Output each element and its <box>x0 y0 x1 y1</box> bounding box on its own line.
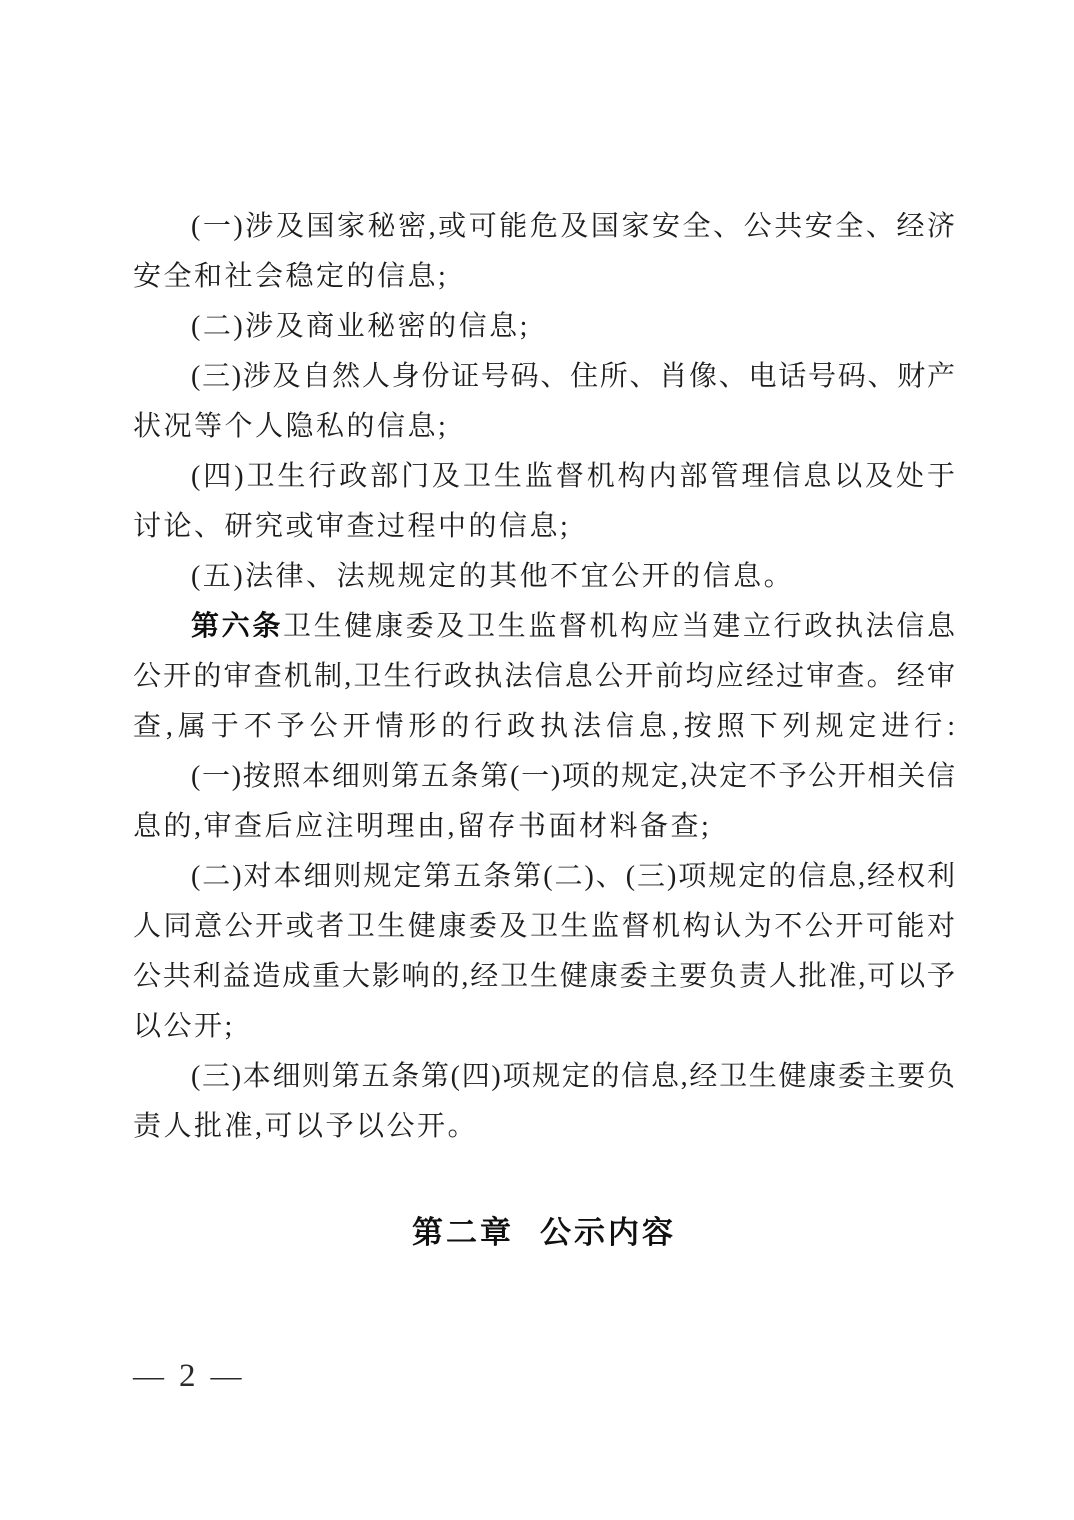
text-line: 讨论、研究或审查过程中的信息; <box>133 502 955 552</box>
text-line: 人同意公开或者卫生健康委及卫生监督机构认为不公开可能对 <box>133 902 955 952</box>
text-line: (三)涉及自然人身份证号码、住所、肖像、电话号码、财产 <box>133 352 955 402</box>
page-footer: —2— <box>133 1352 242 1400</box>
text-line: (一)涉及国家秘密,或可能危及国家安全、公共安全、经济 <box>133 202 955 252</box>
line-text: 人同意公开或者卫生健康委及卫生监督机构认为不公开可能对 <box>133 911 955 942</box>
line-text: 公共利益造成重大影响的,经卫生健康委主要负责人批准,可以予 <box>133 961 955 992</box>
line-text: 息的,审查后应注明理由,留存书面材料备查; <box>133 811 711 842</box>
line-text: 状况等个人隐私的信息; <box>133 411 448 442</box>
text-line: 安全和社会稳定的信息; <box>133 252 955 302</box>
footer-dash-right-icon: — <box>211 1358 242 1393</box>
line-text: 责人批准,可以予以公开。 <box>133 1111 478 1142</box>
text-line: 第六条卫生健康委及卫生监督机构应当建立行政执法信息 <box>133 602 955 652</box>
footer-dash-left-icon: — <box>133 1358 164 1393</box>
document-page: (一)涉及国家秘密,或可能危及国家安全、公共安全、经济安全和社会稳定的信息;(二… <box>0 0 1074 1520</box>
text-line: (二)对本细则规定第五条第(二)、(三)项规定的信息,经权利 <box>133 852 955 902</box>
line-text: (二)对本细则规定第五条第(二)、(三)项规定的信息,经权利 <box>191 861 955 892</box>
line-text: (三)本细则第五条第(四)项规定的信息,经卫生健康委主要负 <box>191 1061 955 1092</box>
chapter-heading: 第二章公示内容 <box>133 1208 955 1258</box>
document-body: (一)涉及国家秘密,或可能危及国家安全、公共安全、经济安全和社会稳定的信息;(二… <box>133 202 955 1258</box>
text-line: 息的,审查后应注明理由,留存书面材料备查; <box>133 802 955 852</box>
line-text: 讨论、研究或审查过程中的信息; <box>133 511 570 542</box>
line-bold-prefix: 第六条 <box>191 611 283 642</box>
line-text: 卫生健康委及卫生监督机构应当建立行政执法信息 <box>283 611 955 642</box>
chapter-number: 第二章 <box>412 1215 514 1250</box>
text-line: (一)按照本细则第五条第(一)项的规定,决定不予公开相关信 <box>133 752 955 802</box>
line-text: 公开的审查机制,卫生行政执法信息公开前均应经过审查。经审 <box>133 661 955 692</box>
text-line: 以公开; <box>133 1002 955 1052</box>
text-line: 公共利益造成重大影响的,经卫生健康委主要负责人批准,可以予 <box>133 952 955 1002</box>
text-line: (五)法律、法规规定的其他不宜公开的信息。 <box>133 552 955 602</box>
text-line: 状况等个人隐私的信息; <box>133 402 955 452</box>
line-text: 安全和社会稳定的信息; <box>133 261 448 292</box>
line-text: (三)涉及自然人身份证号码、住所、肖像、电话号码、财产 <box>191 361 955 392</box>
chapter-title: 公示内容 <box>540 1215 676 1250</box>
text-line: 责人批准,可以予以公开。 <box>133 1102 955 1152</box>
text-line: (四)卫生行政部门及卫生监督机构内部管理信息以及处于 <box>133 452 955 502</box>
line-text: 以公开; <box>133 1011 235 1042</box>
body-lines: (一)涉及国家秘密,或可能危及国家安全、公共安全、经济安全和社会稳定的信息;(二… <box>133 202 955 1152</box>
line-text: (四)卫生行政部门及卫生监督机构内部管理信息以及处于 <box>191 461 955 492</box>
line-text: (五)法律、法规规定的其他不宜公开的信息。 <box>191 561 794 592</box>
line-text: (二)涉及商业秘密的信息; <box>191 311 530 342</box>
text-line: 查,属于不予公开情形的行政执法信息,按照下列规定进行: <box>133 702 955 752</box>
line-text: (一)按照本细则第五条第(一)项的规定,决定不予公开相关信 <box>191 761 955 792</box>
text-line: (二)涉及商业秘密的信息; <box>133 302 955 352</box>
text-line: 公开的审查机制,卫生行政执法信息公开前均应经过审查。经审 <box>133 652 955 702</box>
line-text: 查,属于不予公开情形的行政执法信息,按照下列规定进行: <box>133 711 955 742</box>
line-text: (一)涉及国家秘密,或可能危及国家安全、公共安全、经济 <box>191 211 955 242</box>
footer-page-number: 2 <box>179 1358 196 1394</box>
text-line: (三)本细则第五条第(四)项规定的信息,经卫生健康委主要负 <box>133 1052 955 1102</box>
